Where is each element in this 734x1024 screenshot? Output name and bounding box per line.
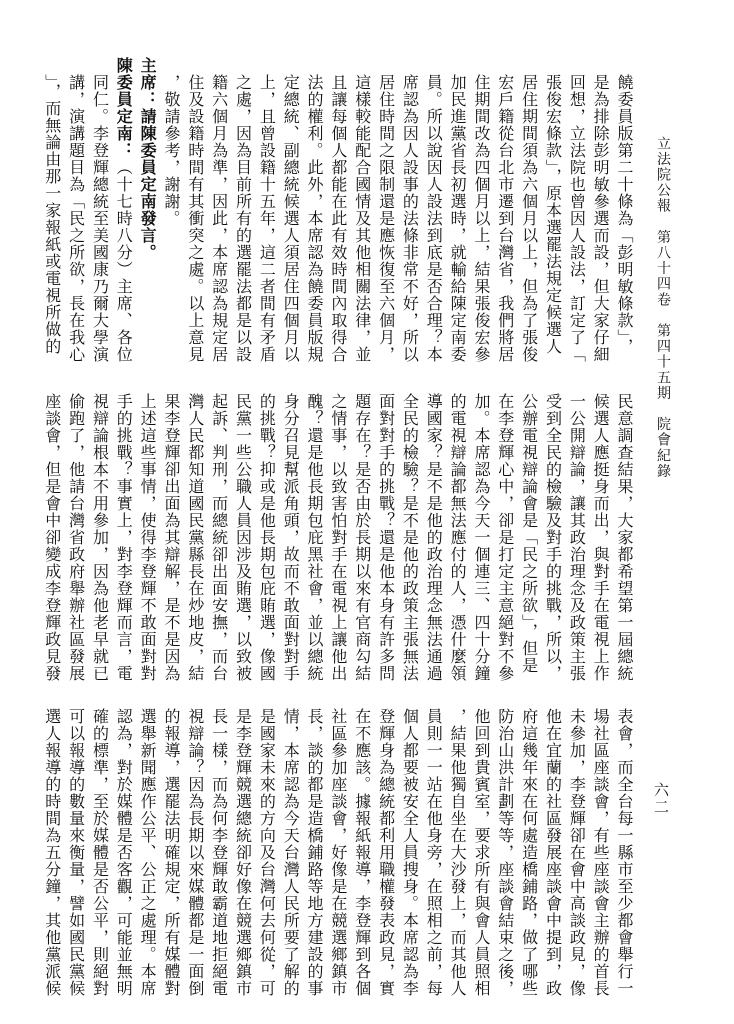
text-column: 加民進黨省長初選時，就輸給陳定南委 [445, 57, 469, 369]
text-column: 宏戶籍從台北市遷到台灣省，我們將居 [493, 57, 517, 369]
text-column: ，敬請參考，謝謝。 [159, 57, 183, 369]
text-column: 導國家？是不是他的政治理念無法通過 [421, 376, 445, 688]
text-column: 同仁。李登輝總統至美國康乃爾大學演 [88, 57, 112, 369]
text-column: 全民的檢驗？是不是他的政策主張無法 [398, 376, 422, 688]
text-column: 座談會，但是會中卻變成李登輝政見發 [40, 376, 64, 688]
text-column: 身分召見幫派角頭，故而不敢面對對手 [278, 376, 302, 688]
text-column: 上述這些事情，使得李登輝不敢面對對 [135, 376, 159, 688]
text-column: 長，談的都是造橋鋪路等地方建設的事 [302, 691, 326, 1003]
text-column: 認為，對於媒體是否客觀，可能並無明 [111, 691, 135, 1003]
text-column: 確的標準，至於媒體是否公平，則絕對 [88, 691, 112, 1003]
text-column: 灣人民都知道國民黨縣長在炒地皮，結 [183, 376, 207, 688]
text-column: 受到全民的檢驗及對手的挑戰，所以， [541, 376, 565, 688]
text-column: 加。本席認為今天一個連三、四十分鐘 [469, 376, 493, 688]
text-column: 且讓每個人都能在此有效時間內取得合 [326, 57, 350, 369]
text-column: 未參加，李登輝卻在會中高談政見，像 [564, 691, 588, 1003]
text-column: 的報導，選罷法明確規定，所有媒體對 [159, 691, 183, 1003]
text-column: 饒委員版第二十條為「彭明敏條款」， [612, 57, 636, 369]
text-column: 員。所以說因人設法到底是否合理？本 [421, 57, 445, 369]
text-column: 在不應該。據報紙報導，李登輝到各個 [350, 691, 374, 1003]
text-column: 府這幾年來在何處造橋鋪路，做了哪些 [517, 691, 541, 1003]
text-column: 情，本席認為今天台灣人民所要了解的 [278, 691, 302, 1003]
text-column: 住及設籍時間有其衝突之處。以上意見 [183, 57, 207, 369]
text-column: 回想，立法院也曾因人設法，訂定了「 [564, 57, 588, 369]
text-column: 醜？還是他長期包庇黑社會，並以總統 [302, 376, 326, 688]
text-column: 手的挑戰？事實上，對李登輝而言，電 [111, 376, 135, 688]
text-column: 講，演講題目為「民之所欲，長在我心 [64, 57, 88, 369]
text-column: 題存在？是否由於長期以來有官商勾結 [350, 376, 374, 688]
text-column: 面對對手的挑戰？還是他本身有許多問 [374, 376, 398, 688]
text-column: 張俊宏條款」，原本選罷法規定候選人 [541, 57, 565, 369]
text-column: 公辦電視辯論會是「民之所欲」，但是 [517, 376, 541, 688]
text-column: 個人都要被安全人員搜身。本席認為李 [398, 691, 422, 1003]
text-column: 居住時間之限制還是應恢復至六個月， [374, 57, 398, 369]
text-column: 民黨一些公職人員因涉及賄選，以致被 [231, 376, 255, 688]
text-column: 場社區座談會，有些座談會主辦的首長 [588, 691, 612, 1003]
text-column: 登輝身為總統都利用職權發表政見，實 [374, 691, 398, 1003]
text-column: 社區參加座談會，好像是在競選鄉鎮市 [326, 691, 350, 1003]
text-column: 席認為因人設事的法條非常不好，所以 [398, 57, 422, 369]
text-column: 一公開辯論，讓其政治理念及政策主張 [564, 376, 588, 688]
gazette-page: 立法院公報 第八十四卷 第四十五期 院會紀錄 六二 饒委員版第二十條為「彭明敏條… [0, 0, 734, 1024]
text-column: 果李登輝卻出面為其辯解，是不是因為 [159, 376, 183, 688]
text-column: 的電視辯論都無法應付的人，憑什麼領 [445, 376, 469, 688]
text-column: 的挑戰？抑或是他長期包庇賄選，像國 [255, 376, 279, 688]
text-column: 候選人應挺身而出，與對手在電視上作 [588, 376, 612, 688]
text-column: 防治山洪計劃等等，座談會結束之後， [493, 691, 517, 1003]
text-column: 在李登輝心中，卻是打定主意絕對不參 [493, 376, 517, 688]
text-column: 住期間改為四個月以上，結果張俊宏參 [469, 57, 493, 369]
page-header: 立法院公報 第八十四卷 第四十五期 院會紀錄 [653, 136, 673, 496]
speech-opening: （十七時八分）主席、各位 [114, 159, 133, 363]
text-column: 他回到貴賓室，要求所有與會人員照相 [469, 691, 493, 1003]
text-column: 是李登輝競選總統卻好像在競選鄉鎮市 [231, 691, 255, 1003]
text-band-middle: 民意調查結果，大家都希望第一屆總統 候選人應挺身而出，與對手在電視上作 一公開辯… [40, 376, 636, 688]
text-column: 視辯論？因為長期以來媒體都是一面倒 [183, 691, 207, 1003]
text-band-top: 饒委員版第二十條為「彭明敏條款」， 是為排除彭明敏參選而設，但大家仔細 回想，立… [40, 57, 636, 369]
text-column: 員則一一站在他身旁，在照相之前，每 [421, 691, 445, 1003]
text-column: 法的權利。此外，本席認為饒委員版規 [302, 57, 326, 369]
text-column: 表會，而全台每一縣市至少都會舉行一 [612, 691, 636, 1003]
text-column: 籍六個月為準，因此，本席認為規定居 [207, 57, 231, 369]
text-column: 可以報導的數量來衡量，譬如國民黨候 [64, 691, 88, 1003]
text-column: 這樣較能配合國情及其他相關法律，並 [350, 57, 374, 369]
text-column: 選舉新聞應作公平、公正之處理。本席 [135, 691, 159, 1003]
text-column: 起訴、判刑，而總統卻出面安撫，而台 [207, 376, 231, 688]
page-number: 六二 [651, 782, 672, 816]
text-column: 是為排除彭明敏參選而設，但大家仔細 [588, 57, 612, 369]
text-column: 民意調查結果，大家都希望第一屆總統 [612, 376, 636, 688]
text-column: 」，而無論由那一家報紙或電視所做的 [40, 57, 64, 369]
text-column: 居住期間須為六個月以上，但為了張俊 [517, 57, 541, 369]
speaker-name: 陳委員定南： [114, 57, 133, 159]
text-column: 定總統、副總統候選人須居住四個月以 [278, 57, 302, 369]
text-column: 之處，因為目前所有的選罷法都是以設 [231, 57, 255, 369]
text-column: 偷跑了，他請台灣省政府舉辦社區發展 [64, 376, 88, 688]
text-column: 長一樣，而為何李登輝敢霸道地拒絕電 [207, 691, 231, 1003]
text-column: 之情事，以致害怕對手在電視上讓他出 [326, 376, 350, 688]
speaker-line: 陳委員定南：（十七時八分）主席、各位 [111, 57, 135, 369]
chair-announcement: 主席：請陳委員定南發言。 [135, 57, 159, 369]
text-column: 選人報導的時間為五分鐘，其他黨派候 [40, 691, 64, 1003]
text-column: 他在宜蘭的社區發展座談會中提到，政 [541, 691, 565, 1003]
text-column: 是國家未來的方向及台灣何去何從，可 [255, 691, 279, 1003]
text-band-bottom: 表會，而全台每一縣市至少都會舉行一 場社區座談會，有些座談會主辦的首長 未參加，… [40, 691, 636, 1003]
text-column: ，結果他獨自坐在大沙發上，而其他人 [445, 691, 469, 1003]
text-column: 視辯論根本不用參加，因為他老早就已 [88, 376, 112, 688]
text-column: 上，且曾設籍十五年，這二者間有矛盾 [255, 57, 279, 369]
